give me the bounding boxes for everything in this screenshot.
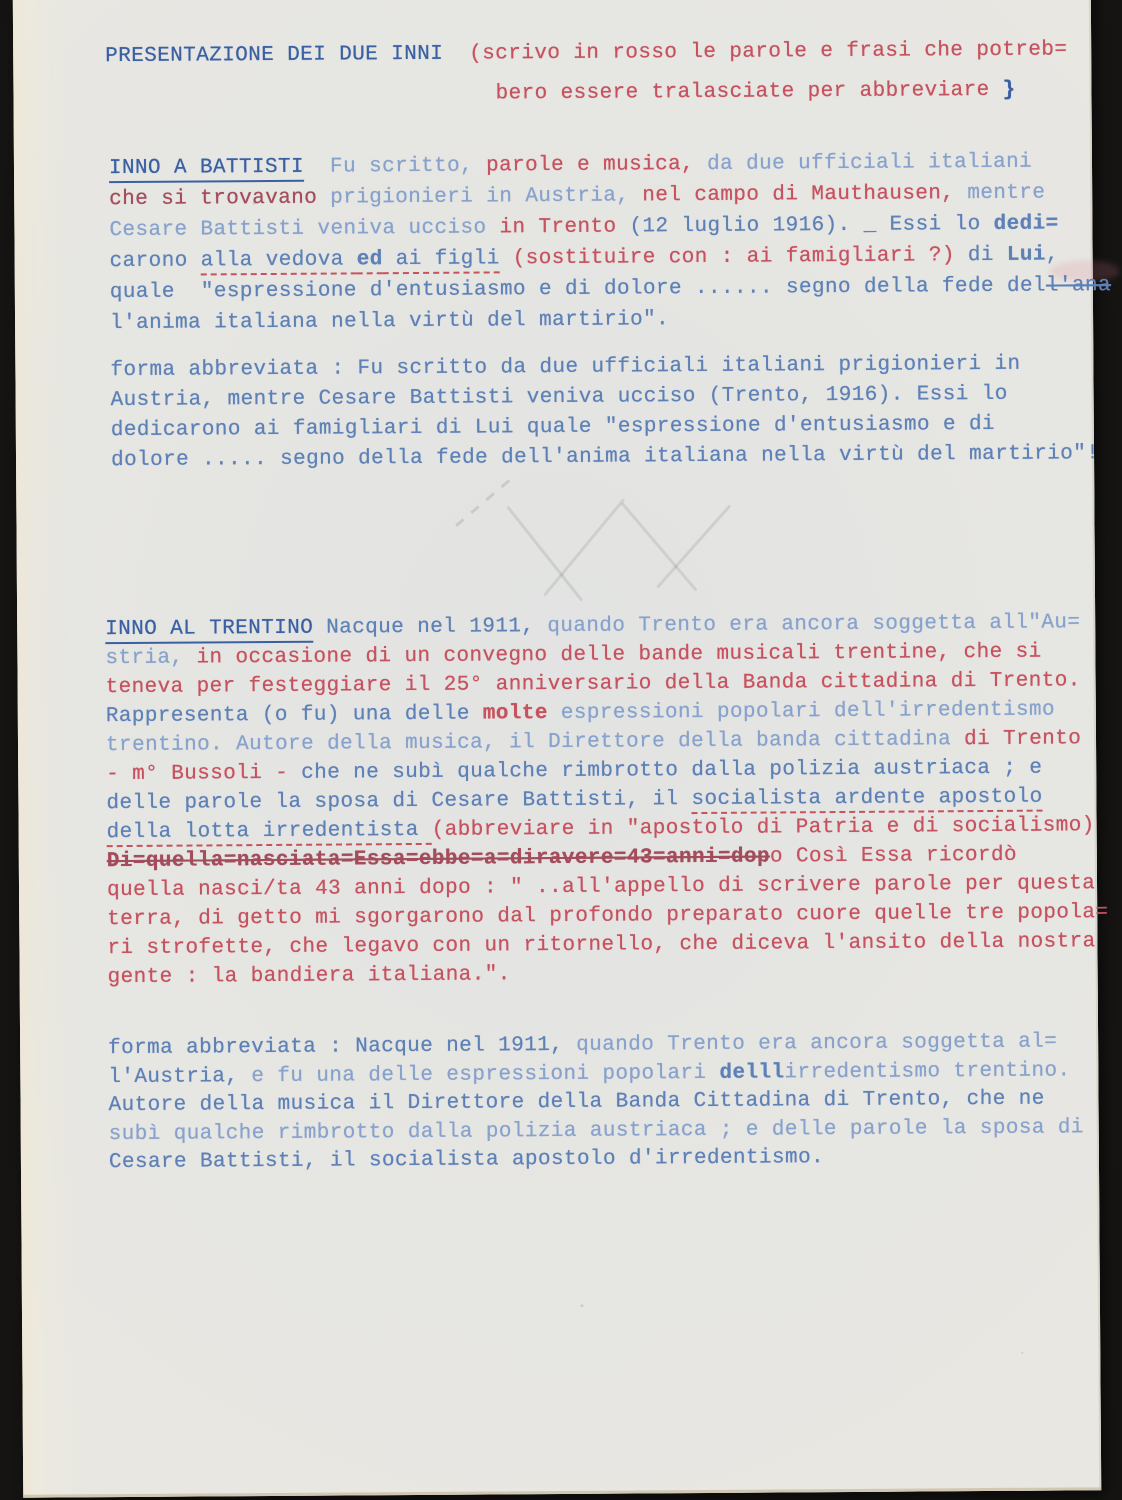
- text-segment: Cesare Battisti, il socialista apostolo …: [109, 1146, 824, 1174]
- text-segment: (abbreviare in "apostolo di Patria e di …: [432, 814, 1095, 842]
- text-line: l'anima italiana nella virtù del martiri…: [110, 301, 1111, 339]
- text-segment: nel campo di Mauthausen,: [642, 182, 954, 207]
- text-segment: Austria, mentre Cesare Battisti veniva u…: [111, 383, 1008, 412]
- text-segment: Cesare Battisti veniva ucciso: [109, 216, 499, 242]
- pencil-smudge: [506, 506, 583, 602]
- paragraph-inno-battisti: INNO A BATTISTI Fu scritto, parole e mus…: [109, 146, 1111, 339]
- text-segment: di Trento: [964, 727, 1081, 751]
- text-segment: delll: [719, 1061, 784, 1084]
- text-segment: subì qualche rimbrotto dalla polizia aus…: [109, 1116, 1084, 1146]
- text-segment: (12 luglio 1916). _ Essi lo: [616, 213, 993, 239]
- paragraph-heading: PRESENTAZIONE DEI DUE INNI (scrivo in ro…: [105, 30, 1068, 117]
- pencil-smudge: [455, 473, 518, 527]
- text-segment: l'Austria,: [108, 1065, 251, 1089]
- text-segment: teneva per festeggiare il 25° anniversar…: [106, 669, 1081, 699]
- text-segment: - m° Bussoli -: [106, 762, 301, 786]
- text-segment: prigionieri in Austria,: [317, 184, 642, 209]
- text-segment: carono: [110, 249, 201, 273]
- text-segment: ,: [1046, 243, 1059, 266]
- text-segment: che si trovavano: [109, 187, 317, 211]
- text-segment: (sostituire con : ai famigliari ?): [513, 244, 955, 270]
- text-segment: dedicarono ai famigliari di Lui quale "e…: [111, 413, 995, 442]
- text-segment: gente : la bandiera italiana.".: [108, 963, 511, 989]
- text-segment: l'ana: [1046, 274, 1111, 297]
- paragraph-forma-abbreviata-1: forma abbreviata : Fu scritto da due uff…: [110, 349, 1099, 476]
- text-segment: socialista ardente apostolo: [691, 786, 1042, 814]
- text-segment: quando Trento era ancora soggetta all"Au…: [547, 611, 1080, 638]
- paragraph-inno-trentino: INNO AL TRENTINO Nacque nel 1911, quando…: [105, 608, 1109, 992]
- text-segment: e fu una delle espressioni popolari: [251, 1061, 719, 1087]
- text-segment: INNO AL TRENTINO: [105, 617, 313, 644]
- text-segment: }: [1003, 79, 1016, 102]
- text-segment: PRESENTAZIONE DEI DUE INNI: [105, 43, 443, 68]
- text-segment: Autore della musica il Direttore della B…: [108, 1088, 1044, 1118]
- text-segment: Di=quella=nasciata=Essa=ebbe=a=diravere=…: [107, 846, 770, 874]
- text-segment: terra, di getto mi sgorgarono dal profon…: [107, 901, 1108, 931]
- text-segment: delle parole la sposa di Cesare Battisti…: [106, 788, 691, 815]
- text-segment: che ne subì qualche rimbrotto dalla poli…: [301, 757, 1042, 785]
- text-line: PRESENTAZIONE DEI DUE INNI (scrivo in ro…: [105, 30, 1067, 77]
- text-segment: quale "espressione d'entusiasmo e di dol…: [110, 275, 1046, 305]
- text-segment: quella nasci/ta 43 anni dopo : " ..all'a…: [107, 872, 1095, 902]
- paper: PRESENTAZIONE DEI DUE INNI (scrivo in ro…: [13, 0, 1102, 1498]
- text-segment: alla vedova: [201, 248, 357, 275]
- text-segment: Lui: [1007, 244, 1046, 267]
- text-segment: Rappresenta (o fu) una delle: [106, 703, 483, 729]
- text-segment: parole e musica,: [486, 153, 694, 177]
- text-segment: molte: [483, 702, 548, 725]
- text-segment: o Così Essa ricordò: [770, 844, 1017, 869]
- text-line: Cesare Battisti, il socialista apostolo …: [109, 1142, 1084, 1177]
- text-segment: di: [955, 244, 1007, 267]
- text-segment: INNO A BATTISTI: [109, 156, 304, 183]
- pencil-smudge: [656, 504, 731, 588]
- text-segment: espressioni popolari dell'irredentismo: [548, 699, 1055, 726]
- text-segment: della lotta irredentista: [107, 819, 432, 847]
- text-line: bero essere tralasciate per abbreviare }: [105, 70, 1067, 117]
- text-segment: dedi=: [993, 212, 1058, 235]
- text-segment: (scrivo in rosso le parole e frasi che p…: [443, 38, 1067, 65]
- text-segment: ed: [357, 248, 383, 274]
- pencil-smudge: [621, 502, 698, 592]
- text-segment: trentino. Autore della musica, il Dirett…: [106, 728, 964, 757]
- text-segment: in Trento: [499, 216, 616, 240]
- text-line: gente : la bandiera italiana.".: [108, 956, 1109, 992]
- text-segment: forma abbreviata : Fu scritto da due uff…: [110, 353, 1020, 382]
- text-segment: dolore ..... segno della fede dell'anima…: [111, 442, 1099, 472]
- text-segment: in occasione di un convegno delle bande …: [196, 641, 1041, 670]
- text-segment: bero essere tralasciate per abbreviare: [105, 79, 1002, 108]
- text-segment: Fu scritto,: [304, 154, 486, 178]
- text-segment: forma abbreviata : Nacque nel 1911,: [108, 1034, 576, 1060]
- text-segment: ai figli: [383, 247, 500, 274]
- text-segment: stria,: [105, 647, 196, 671]
- paragraph-forma-abbreviata-2: forma abbreviata : Nacque nel 1911, quan…: [108, 1028, 1084, 1177]
- text-segment: [500, 247, 513, 270]
- text-segment: da due ufficiali italiani: [694, 151, 1032, 176]
- text-line: dolore ..... segno della fede dell'anima…: [111, 439, 1099, 476]
- text-segment: irredentismo trentino.: [784, 1059, 1070, 1084]
- text-segment: l'anima italiana nella virtù del martiri…: [110, 308, 669, 335]
- text-segment: Nacque nel 1911,: [313, 615, 547, 640]
- pencil-smudge: [543, 498, 625, 596]
- text-segment: ri strofette, che legavo con un ritornel…: [107, 930, 1095, 960]
- text-segment: mentre: [954, 182, 1045, 206]
- text-segment: quando Trento era ancora soggetta al=: [576, 1031, 1057, 1057]
